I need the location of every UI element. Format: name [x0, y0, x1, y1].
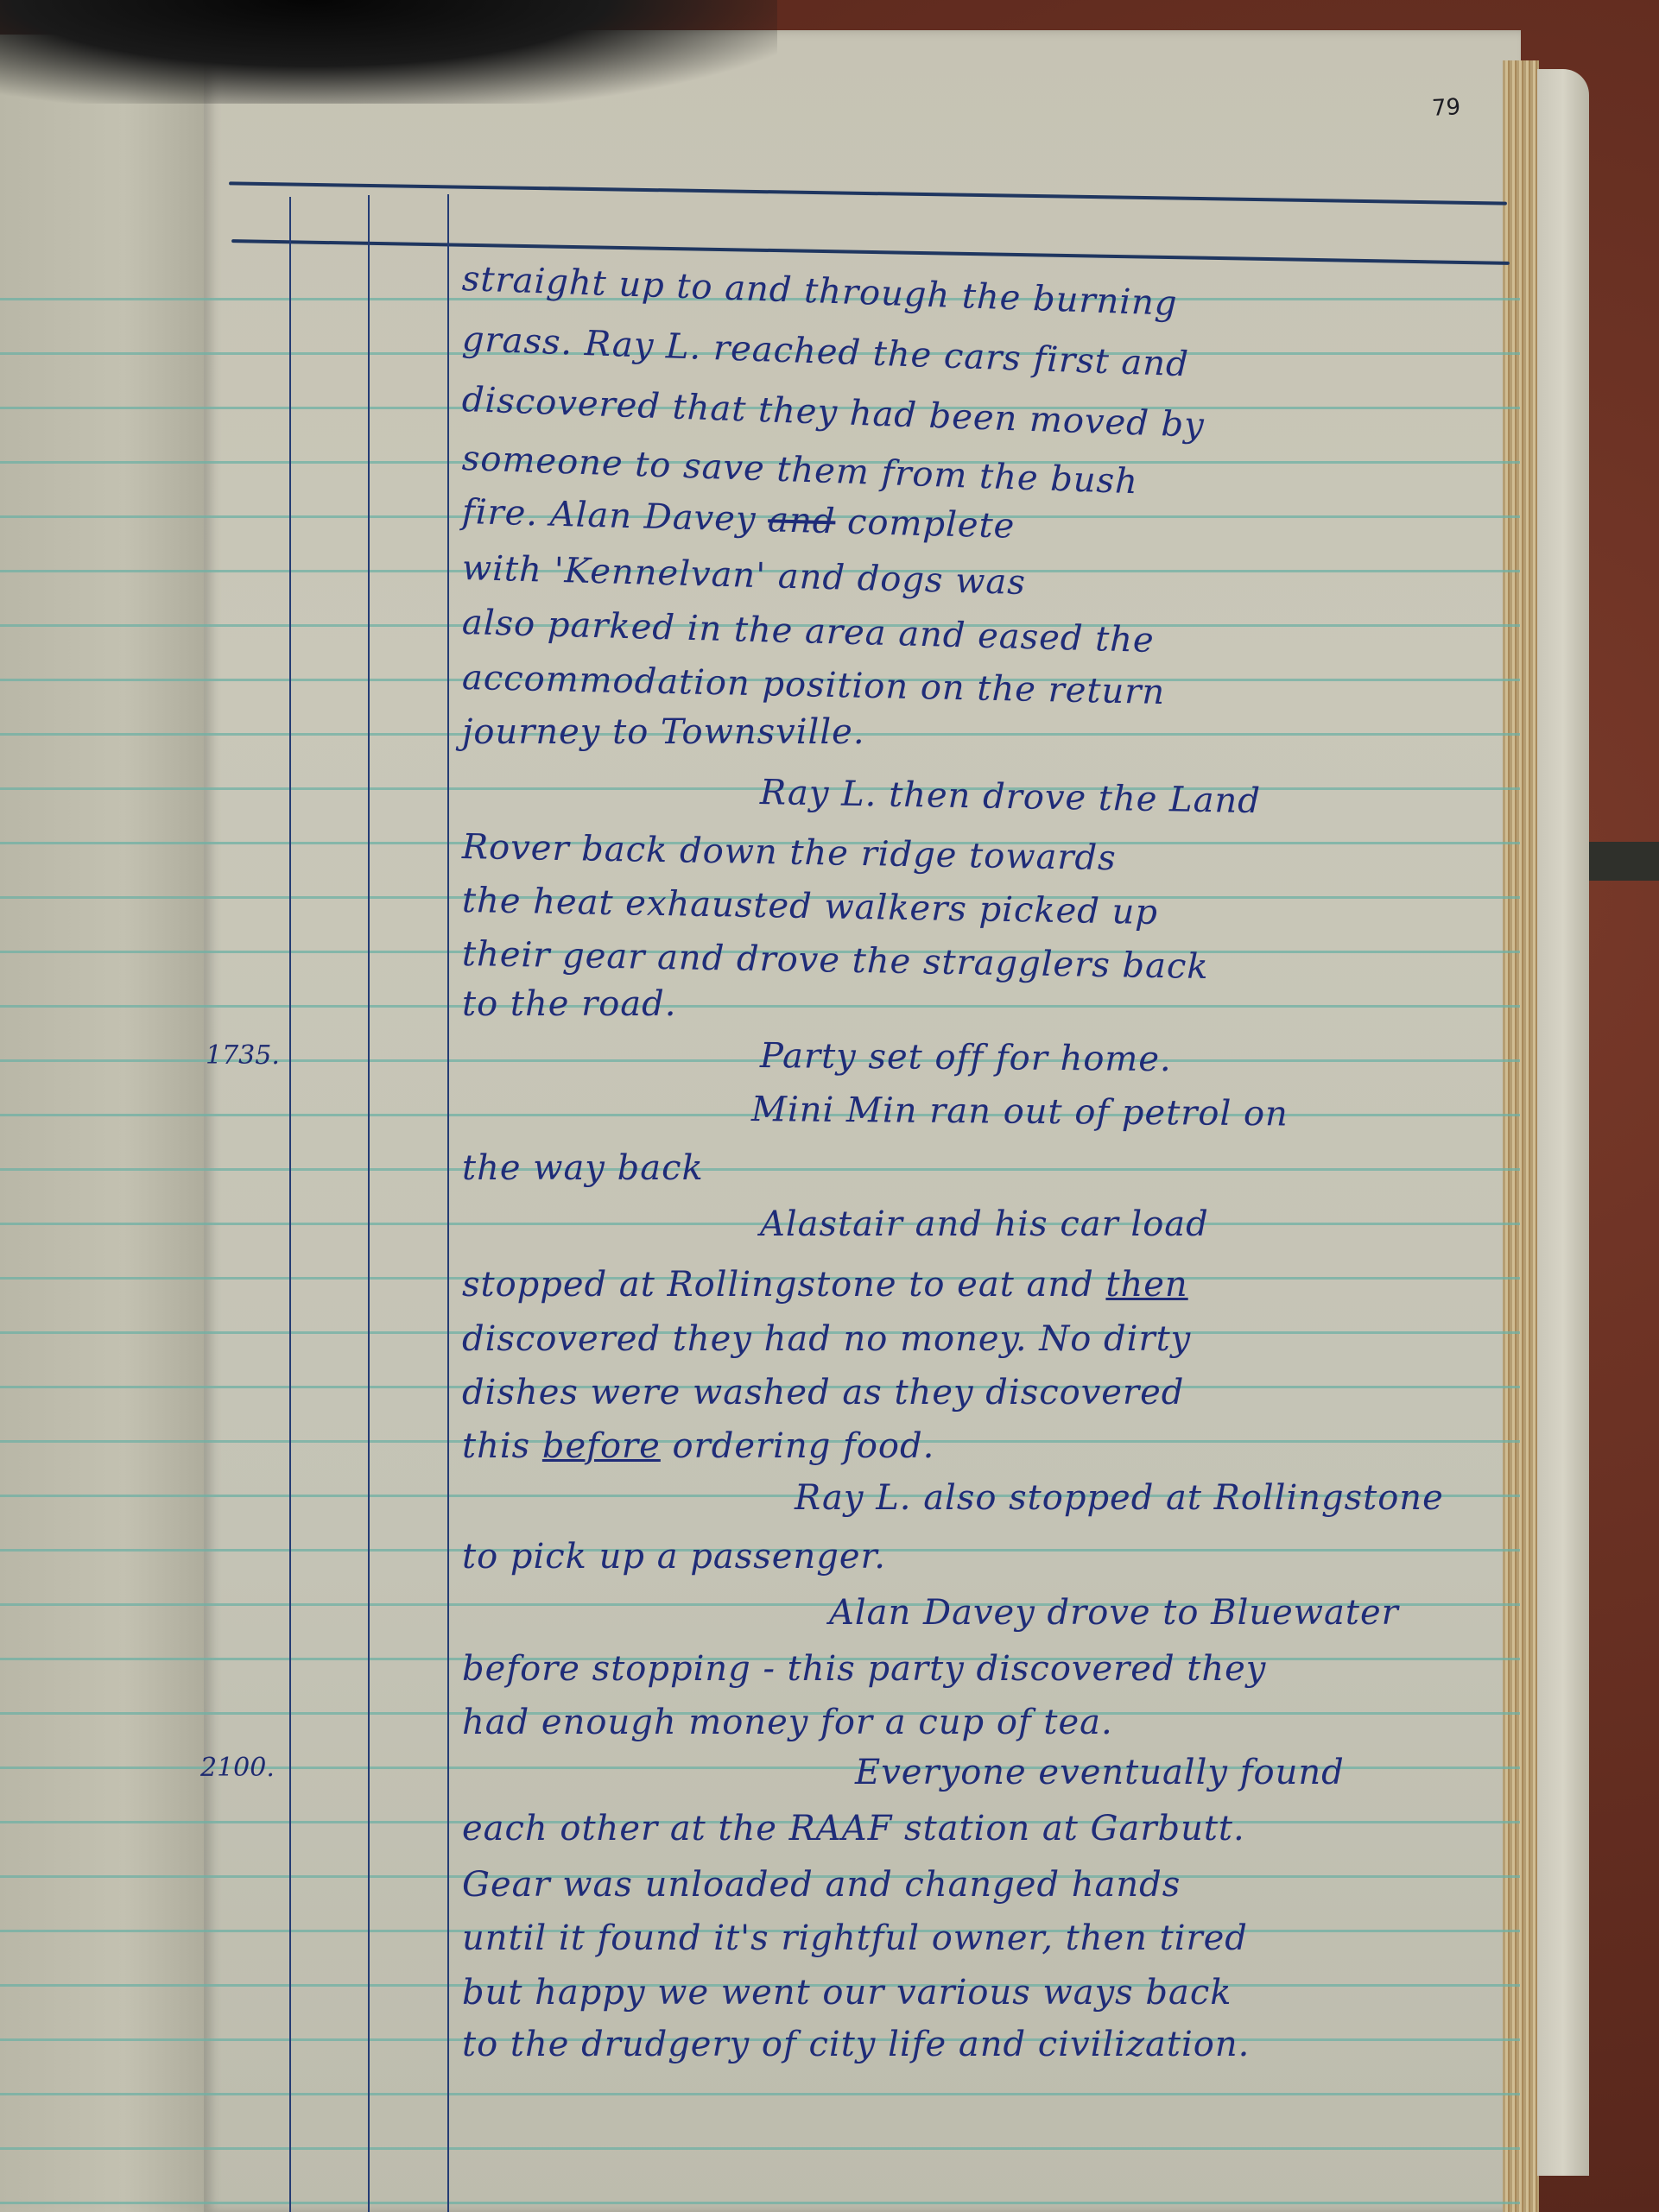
text-line: to the drudgery of city life and civiliz…	[462, 2025, 1250, 2064]
text-line: Alastair and his car load	[760, 1204, 1209, 1244]
text-line: Alan Davey drove to Bluewater	[829, 1593, 1399, 1633]
text-line: Mini Min ran out of petrol on	[751, 1090, 1289, 1134]
text-line: the way back	[462, 1148, 704, 1188]
rule-line	[0, 2202, 1520, 2204]
text-line: Everyone eventually found	[855, 1753, 1345, 1792]
text-line: Party set off for home.	[760, 1036, 1172, 1079]
page-edges	[1503, 60, 1539, 2212]
rule-line	[0, 2147, 1520, 2150]
text-line: this before ordering food.	[462, 1426, 934, 1466]
text-line: Ray L. also stopped at Rollingstone	[795, 1478, 1444, 1518]
margin-column-line-2	[368, 195, 370, 2212]
text-line: had enough money for a cup of tea.	[462, 1703, 1113, 1742]
text-line: to the road.	[462, 984, 676, 1024]
page-number: 79	[1431, 94, 1461, 122]
text-line: dishes were washed as they discovered	[462, 1373, 1184, 1413]
rule-line	[0, 1005, 1520, 1008]
page-edge-strip	[1537, 69, 1589, 2176]
struck-word: and	[768, 500, 836, 541]
time-entry-1735: 1735.	[206, 1040, 280, 1071]
text-line: stopped at Rollingstone to eat and then	[462, 1265, 1188, 1305]
left-page	[0, 35, 207, 2212]
rule-line	[0, 1168, 1520, 1171]
margin-column-line-3	[447, 194, 449, 2212]
top-shadow	[0, 0, 777, 104]
text-line: discovered they had no money. No dirty	[462, 1319, 1191, 1359]
text-line: each other at the RAAF station at Garbut…	[462, 1809, 1245, 1849]
time-entry-2100: 2100.	[200, 1753, 275, 1783]
margin-column-line-1	[289, 197, 291, 2212]
text-line: but happy we went our various ways back	[462, 1973, 1232, 2013]
text-line: journey to Townsville.	[462, 712, 865, 752]
text-line: until it found it's rightful owner, then…	[462, 1918, 1248, 1958]
rule-line	[0, 2093, 1520, 2095]
text-line: Gear was unloaded and changed hands	[462, 1865, 1181, 1905]
text-line: to pick up a passenger.	[462, 1537, 886, 1577]
underlined-word: before	[542, 1426, 661, 1466]
text-line: before stopping - this party discovered …	[462, 1649, 1266, 1689]
dark-tab	[1589, 842, 1659, 881]
underlined-word: then	[1105, 1265, 1187, 1305]
